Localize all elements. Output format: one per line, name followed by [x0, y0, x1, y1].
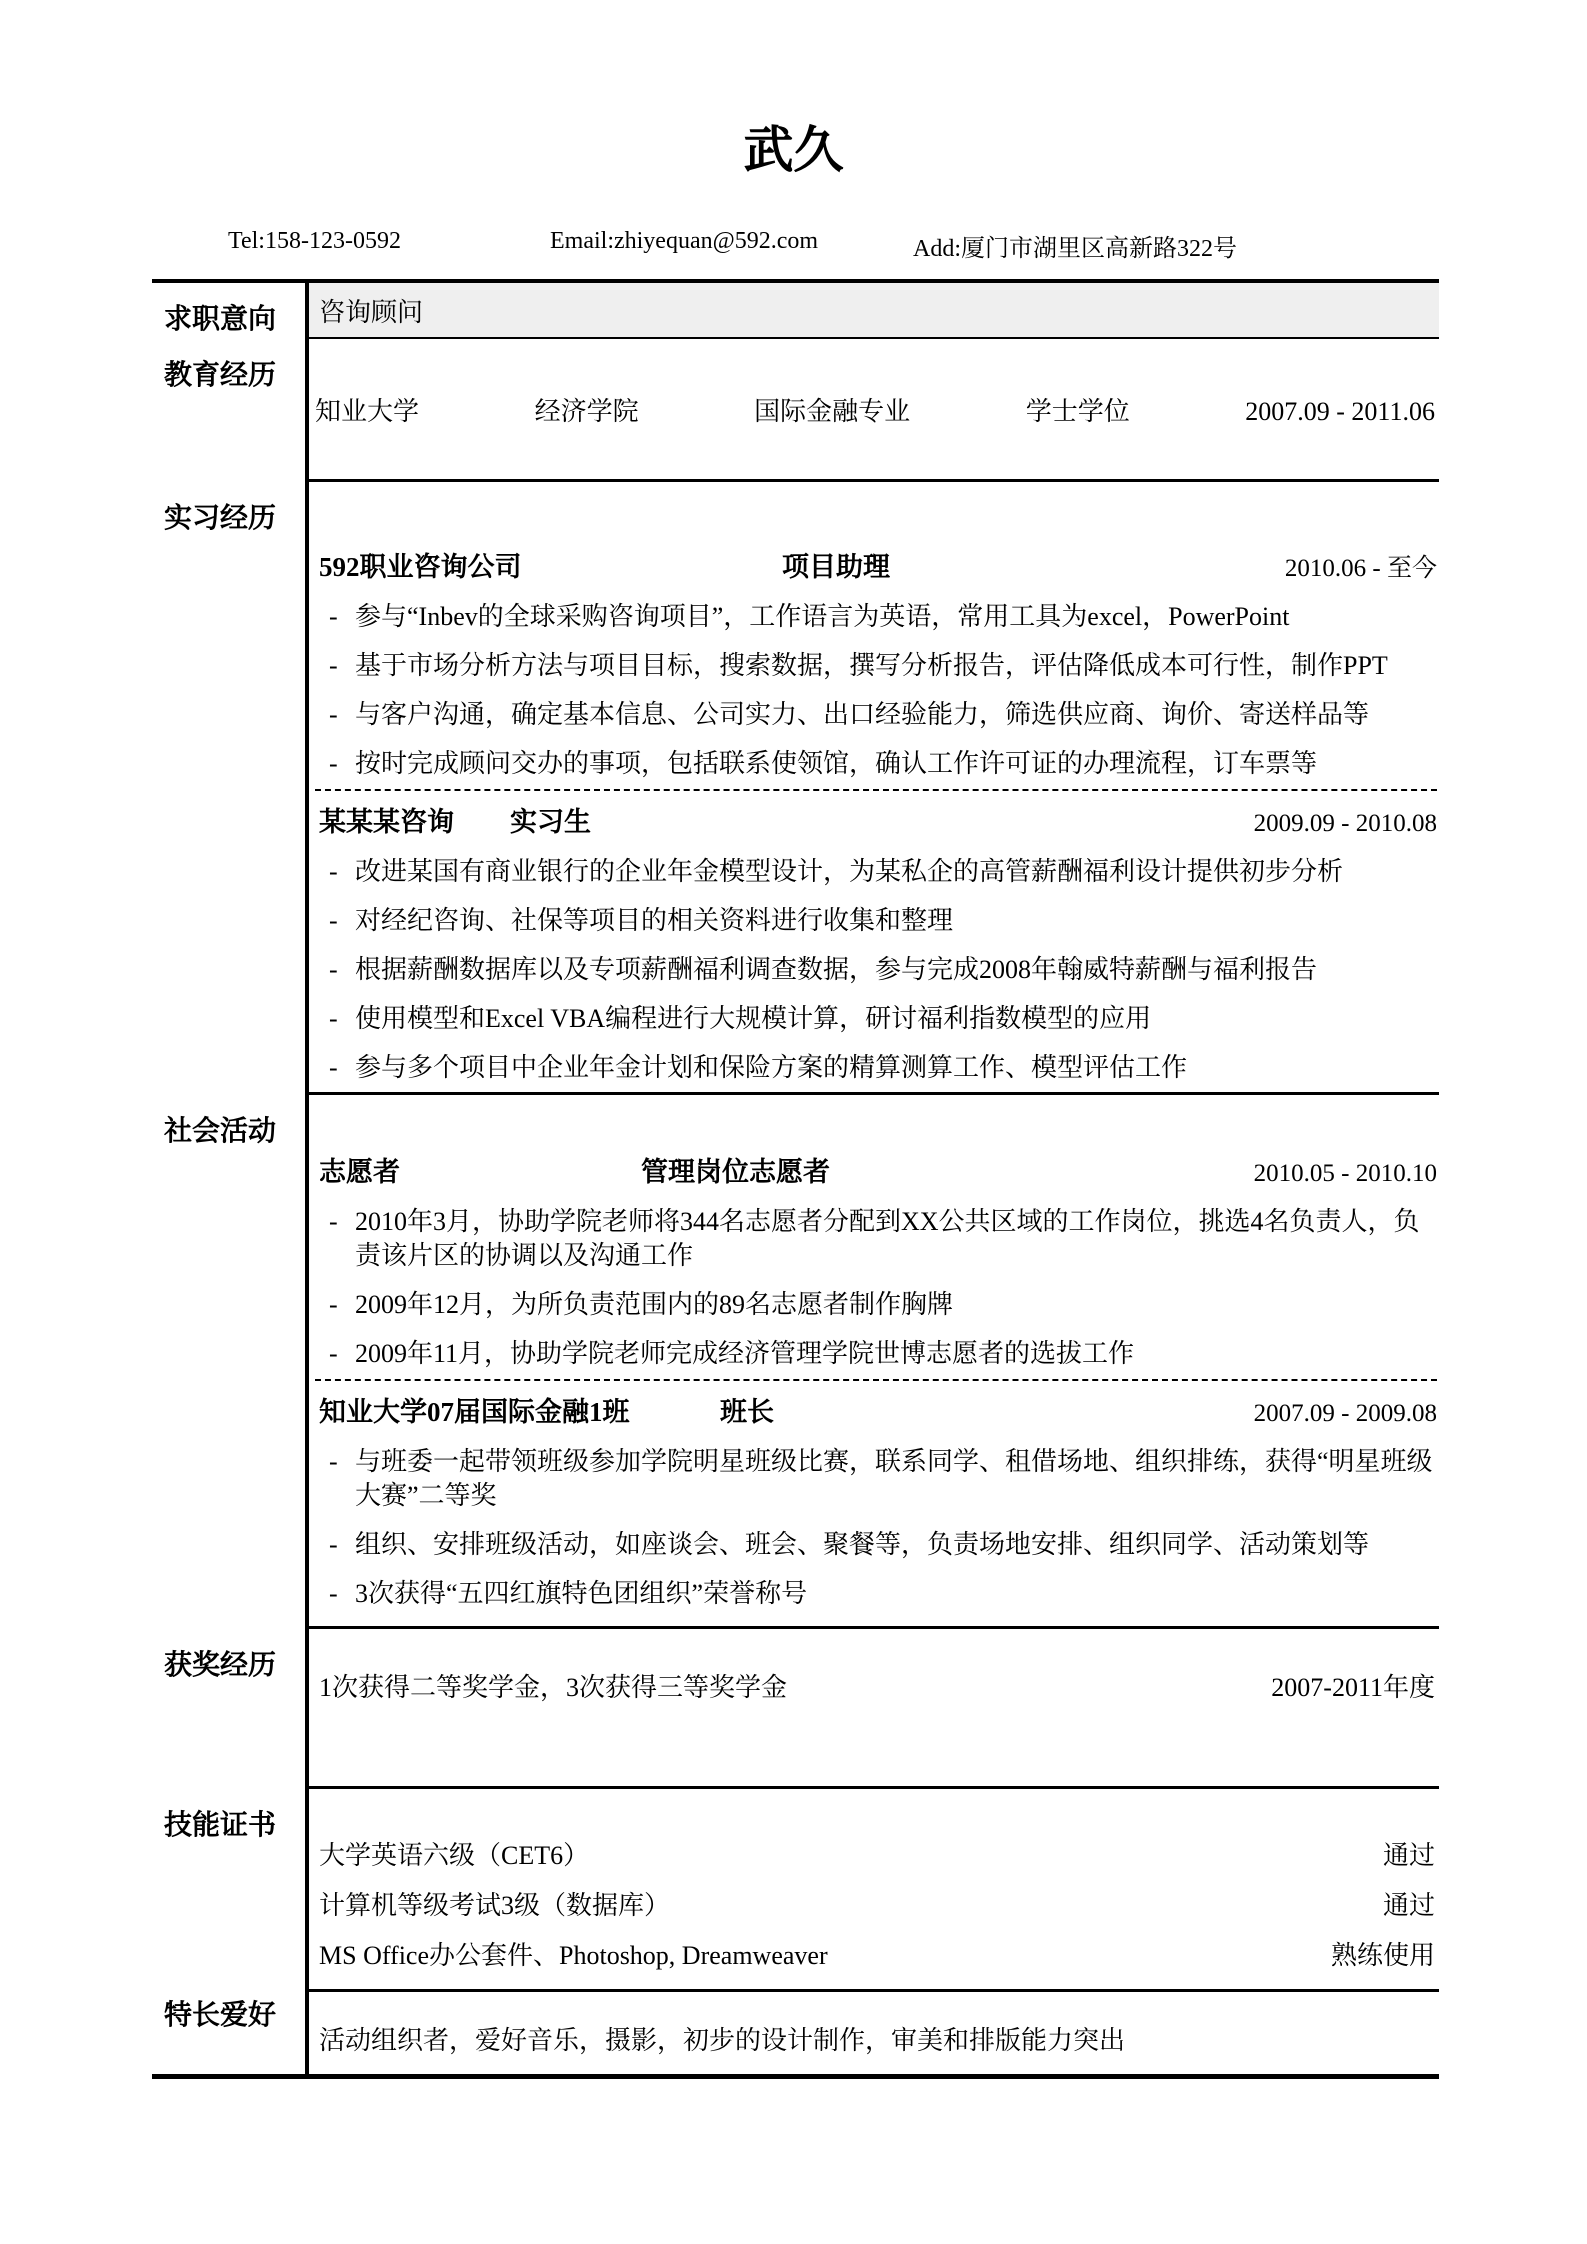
bullet-item: 按时完成顾问交办的事项，包括联系使领馆，确认工作许可证的办理流程，订车票等 — [315, 747, 1437, 781]
dashed-divider — [315, 1379, 1437, 1381]
education-school: 知业大学 — [315, 391, 419, 428]
entry-company: 某某某咨询 — [319, 805, 454, 839]
entry-bullets: 与班委一起带领班级参加学院明星班级比赛，联系同学、租借场地、组织排练，获得“明星… — [315, 1445, 1437, 1611]
skill-level: 通过 — [1383, 1839, 1435, 1873]
internship-entry-2: 某某某咨询 实习生 2009.09 - 2010.08 改进某国有商业银行的企业… — [315, 805, 1437, 1085]
entry-role: 班长 — [720, 1395, 774, 1429]
entry-company: 志愿者 — [319, 1155, 400, 1189]
contact-tel: Tel:158-123-0592 — [228, 228, 401, 255]
education-line: 知业大学 经济学院 国际金融专业 学士学位 2007.09 - 2011.06 — [315, 391, 1435, 428]
bullet-item: 与班委一起带领班级参加学院明星班级比赛，联系同学、租借场地、组织排练，获得“明星… — [315, 1445, 1437, 1513]
education-degree: 学士学位 — [1026, 391, 1130, 428]
social-cell: 志愿者 管理岗位志愿者 2010.05 - 2010.10 2010年3月，协助… — [305, 1095, 1439, 1629]
resume-page: 武久 Tel:158-123-0592 Email:zhiyequan@592.… — [0, 0, 1587, 2244]
entry-header: 知业大学07届国际金融1班 班长 2007.09 - 2009.08 — [315, 1395, 1437, 1431]
social-label: 社会活动 — [152, 1095, 305, 1629]
bullet-item: 根据薪酬数据库以及专项薪酬福利调查数据，参与完成2008年翰威特薪酬与福利报告 — [315, 953, 1437, 987]
skill-level: 熟练使用 — [1331, 1939, 1435, 1973]
skill-row: 大学英语六级（CET6） 通过 — [315, 1839, 1437, 1873]
bullet-item: 改进某国有商业银行的企业年金模型设计，为某私企的高管薪酬福利设计提供初步分析 — [315, 855, 1437, 889]
bullet-item: 组织、安排班级活动，如座谈会、班会、聚餐等，负责场地安排、组织同学、活动策划等 — [315, 1528, 1437, 1562]
hobbies-text: 活动组织者，爱好音乐，摄影，初步的设计制作，审美和排版能力突出 — [315, 2024, 1437, 2058]
objective-label: 求职意向 — [152, 283, 305, 339]
entry-bullets: 2010年3月，协助学院老师将344名志愿者分配到XX公共区域的工作岗位，挑选4… — [315, 1205, 1437, 1371]
education-period: 2007.09 - 2011.06 — [1245, 397, 1435, 427]
entry-bullets: 改进某国有商业银行的企业年金模型设计，为某私企的高管薪酬福利设计提供初步分析 对… — [315, 855, 1437, 1085]
bullet-item: 2010年3月，协助学院老师将344名志愿者分配到XX公共区域的工作岗位，挑选4… — [315, 1205, 1437, 1273]
education-college: 经济学院 — [535, 391, 639, 428]
section-social: 社会活动 志愿者 管理岗位志愿者 2010.05 - 2010.10 2010年… — [152, 1095, 1439, 1629]
resume-table: 求职意向 咨询顾问 教育经历 知业大学 经济学院 国际金融专业 学士学位 200… — [152, 279, 1439, 2079]
entry-period: 2010.05 - 2010.10 — [1254, 1157, 1437, 1191]
awards-period: 2007-2011年度 — [1271, 1671, 1435, 1705]
skill-name: 大学英语六级（CET6） — [319, 1839, 589, 1873]
awards-label: 获奖经历 — [152, 1629, 305, 1789]
bullet-item: 2009年11月，协助学院老师完成经济管理学院世博志愿者的选拔工作 — [315, 1337, 1437, 1371]
bullet-item: 2009年12月，为所负责范围内的89名志愿者制作胸牌 — [315, 1288, 1437, 1322]
internship-cell: 592职业咨询公司 项目助理 2010.06 - 至今 参与“Inbev的全球采… — [305, 482, 1439, 1095]
skill-row: 计算机等级考试3级（数据库） 通过 — [315, 1889, 1437, 1923]
contact-row: Tel:158-123-0592 Email:zhiyequan@592.com… — [0, 228, 1587, 262]
candidate-name: 武久 — [0, 122, 1587, 178]
section-internship: 实习经历 592职业咨询公司 项目助理 2010.06 - 至今 参与“Inbe… — [152, 482, 1439, 1095]
skill-level: 通过 — [1383, 1889, 1435, 1923]
bullet-item: 对经纪咨询、社保等项目的相关资料进行收集和整理 — [315, 904, 1437, 938]
awards-row: 1次获得二等奖学金，3次获得三等奖学金 2007-2011年度 — [315, 1671, 1437, 1705]
education-cell: 知业大学 经济学院 国际金融专业 学士学位 2007.09 - 2011.06 — [305, 339, 1439, 482]
entry-role: 项目助理 — [782, 550, 890, 584]
objective-value: 咨询顾问 — [319, 292, 423, 329]
internship-label: 实习经历 — [152, 482, 305, 1095]
bullet-item: 参与多个项目中企业年金计划和保险方案的精算测算工作、模型评估工作 — [315, 1051, 1437, 1085]
entry-company: 知业大学07届国际金融1班 — [319, 1395, 630, 1429]
bullet-item: 与客户沟通，确定基本信息、公司实力、出口经验能力，筛选供应商、询价、寄送样品等 — [315, 698, 1437, 732]
education-label: 教育经历 — [152, 339, 305, 482]
skills-label: 技能证书 — [152, 1789, 305, 1992]
section-education: 教育经历 知业大学 经济学院 国际金融专业 学士学位 2007.09 - 201… — [152, 339, 1439, 482]
hobbies-cell: 活动组织者，爱好音乐，摄影，初步的设计制作，审美和排版能力突出 — [305, 1979, 1439, 2074]
social-entry-2: 知业大学07届国际金融1班 班长 2007.09 - 2009.08 与班委一起… — [315, 1395, 1437, 1611]
awards-text: 1次获得二等奖学金，3次获得三等奖学金 — [319, 1671, 787, 1705]
section-hobbies: 特长爱好 活动组织者，爱好音乐，摄影，初步的设计制作，审美和排版能力突出 — [152, 1979, 1439, 2074]
social-entry-1: 志愿者 管理岗位志愿者 2010.05 - 2010.10 2010年3月，协助… — [315, 1155, 1437, 1371]
entry-period: 2009.09 - 2010.08 — [1254, 807, 1437, 841]
entry-header: 某某某咨询 实习生 2009.09 - 2010.08 — [315, 805, 1437, 841]
bullet-item: 参与“Inbev的全球采购咨询项目”，工作语言为英语，常用工具为excel，Po… — [315, 600, 1437, 634]
entry-header: 志愿者 管理岗位志愿者 2010.05 - 2010.10 — [315, 1155, 1437, 1191]
entry-role: 管理岗位志愿者 — [641, 1155, 830, 1189]
entry-period: 2007.09 - 2009.08 — [1254, 1397, 1437, 1431]
skill-row: MS Office办公套件、Photoshop, Dreamweaver 熟练使… — [315, 1939, 1437, 1973]
bullet-item: 使用模型和Excel VBA编程进行大规模计算，研讨福利指数模型的应用 — [315, 1002, 1437, 1036]
skill-name: 计算机等级考试3级（数据库） — [319, 1889, 670, 1923]
entry-company: 592职业咨询公司 — [319, 550, 522, 584]
section-awards: 获奖经历 1次获得二等奖学金，3次获得三等奖学金 2007-2011年度 — [152, 1629, 1439, 1789]
objective-value-cell: 咨询顾问 — [305, 283, 1439, 339]
entry-role: 实习生 — [510, 805, 591, 839]
bullet-item: 3次获得“五四红旗特色团组织”荣誉称号 — [315, 1577, 1437, 1611]
entry-bullets: 参与“Inbev的全球采购咨询项目”，工作语言为英语，常用工具为excel，Po… — [315, 600, 1437, 781]
section-objective: 求职意向 咨询顾问 — [152, 283, 1439, 339]
contact-email: Email:zhiyequan@592.com — [550, 228, 818, 255]
internship-entry-1: 592职业咨询公司 项目助理 2010.06 - 至今 参与“Inbev的全球采… — [315, 550, 1437, 781]
skill-name: MS Office办公套件、Photoshop, Dreamweaver — [319, 1939, 828, 1973]
hobbies-label: 特长爱好 — [152, 1979, 305, 2074]
entry-header: 592职业咨询公司 项目助理 2010.06 - 至今 — [315, 550, 1437, 586]
dashed-divider — [315, 789, 1437, 791]
education-major: 国际金融专业 — [754, 391, 910, 428]
awards-cell: 1次获得二等奖学金，3次获得三等奖学金 2007-2011年度 — [305, 1629, 1439, 1789]
skills-cell: 大学英语六级（CET6） 通过 计算机等级考试3级（数据库） 通过 MS Off… — [305, 1789, 1439, 1992]
entry-period: 2010.06 - 至今 — [1285, 552, 1437, 586]
bullet-item: 基于市场分析方法与项目目标，搜索数据，撰写分析报告，评估降低成本可行性，制作PP… — [315, 649, 1437, 683]
contact-address: Add:厦门市湖里区高新路322号 — [913, 228, 1237, 263]
section-skills: 技能证书 大学英语六级（CET6） 通过 计算机等级考试3级（数据库） 通过 M… — [152, 1789, 1439, 1979]
